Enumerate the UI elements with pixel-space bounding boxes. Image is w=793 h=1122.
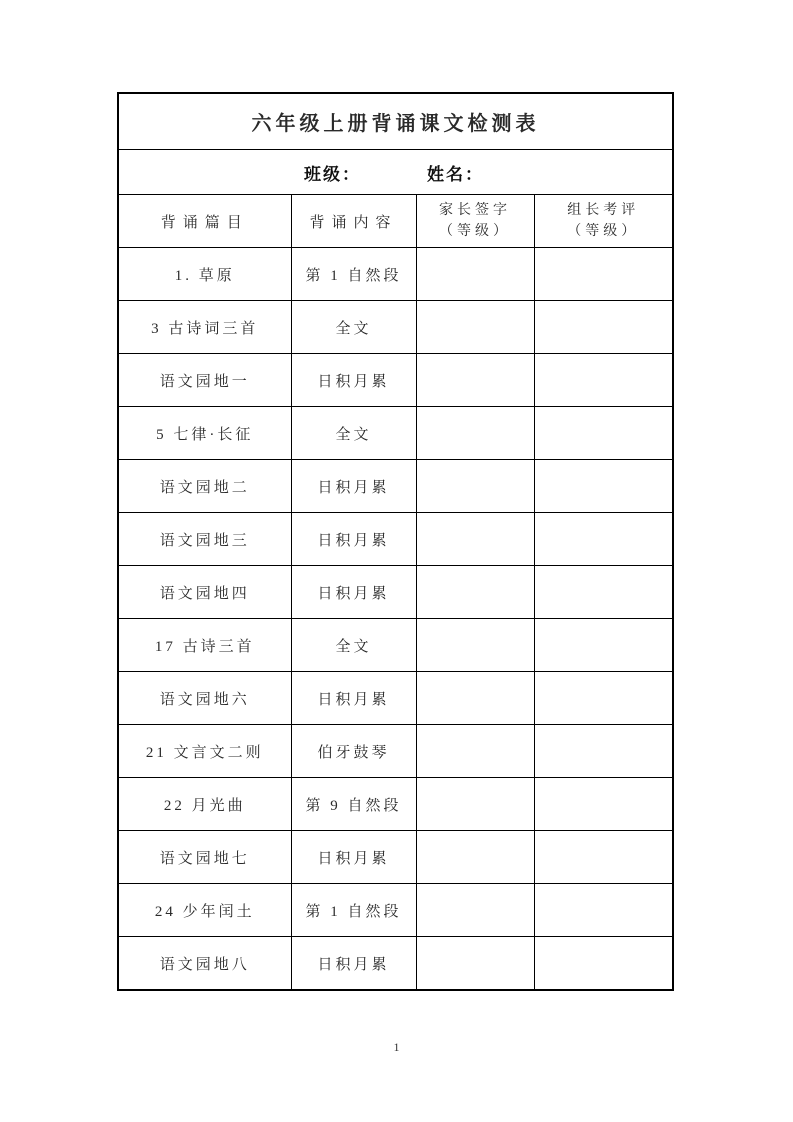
- piece-cell: 语文园地六: [118, 672, 291, 725]
- content-cell: 日积月累: [291, 672, 416, 725]
- table-row: 1. 草原 第 1 自然段: [118, 248, 673, 301]
- content-cell: 第 1 自然段: [291, 248, 416, 301]
- recitation-check-table: 六年级上册背诵课文检测表 班级： 姓名： 背诵篇目 背诵内容 家长签字 （等级）: [117, 92, 674, 991]
- piece-cell: 语文园地三: [118, 513, 291, 566]
- table-row: 语文园地七 日积月累: [118, 831, 673, 884]
- piece-cell: 5 七律·长征: [118, 407, 291, 460]
- table-row: 21 文言文二则 伯牙鼓琴: [118, 725, 673, 778]
- piece-cell: 21 文言文二则: [118, 725, 291, 778]
- parent-signature-cell: [416, 725, 534, 778]
- header-parent-line1: 家长签字: [417, 200, 534, 221]
- leader-eval-cell: [534, 566, 673, 619]
- leader-eval-cell: [534, 672, 673, 725]
- content-cell: 日积月累: [291, 460, 416, 513]
- content-cell: 全文: [291, 301, 416, 354]
- document-page: 六年级上册背诵课文检测表 班级： 姓名： 背诵篇目 背诵内容 家长签字 （等级）: [0, 0, 793, 1122]
- leader-eval-cell: [534, 301, 673, 354]
- header-leader-eval: 组长考评 （等级）: [534, 195, 673, 248]
- parent-signature-cell: [416, 778, 534, 831]
- piece-cell: 语文园地四: [118, 566, 291, 619]
- parent-signature-cell: [416, 460, 534, 513]
- table-row: 24 少年闰土 第 1 自然段: [118, 884, 673, 937]
- header-content: 背诵内容: [291, 195, 416, 248]
- parent-signature-cell: [416, 248, 534, 301]
- parent-signature-cell: [416, 407, 534, 460]
- parent-signature-cell: [416, 884, 534, 937]
- content-cell: 日积月累: [291, 513, 416, 566]
- header-parent-line2: （等级）: [417, 221, 534, 242]
- leader-eval-cell: [534, 248, 673, 301]
- class-name-cell: 班级： 姓名：: [118, 150, 673, 195]
- table-row: 语文园地三 日积月累: [118, 513, 673, 566]
- table-title: 六年级上册背诵课文检测表: [118, 93, 673, 150]
- piece-cell: 语文园地七: [118, 831, 291, 884]
- header-parent-signature: 家长签字 （等级）: [416, 195, 534, 248]
- content-cell: 日积月累: [291, 566, 416, 619]
- leader-eval-cell: [534, 407, 673, 460]
- piece-cell: 语文园地一: [118, 354, 291, 407]
- parent-signature-cell: [416, 513, 534, 566]
- content-cell: 日积月累: [291, 354, 416, 407]
- title-row: 六年级上册背诵课文检测表: [118, 93, 673, 150]
- table-row: 3 古诗词三首 全文: [118, 301, 673, 354]
- class-label: 班级：: [304, 160, 361, 185]
- content-cell: 全文: [291, 619, 416, 672]
- parent-signature-cell: [416, 566, 534, 619]
- table-row: 语文园地六 日积月累: [118, 672, 673, 725]
- leader-eval-cell: [534, 513, 673, 566]
- leader-eval-cell: [534, 725, 673, 778]
- content-cell: 伯牙鼓琴: [291, 725, 416, 778]
- parent-signature-cell: [416, 937, 534, 991]
- piece-cell: 1. 草原: [118, 248, 291, 301]
- piece-cell: 语文园地二: [118, 460, 291, 513]
- parent-signature-cell: [416, 354, 534, 407]
- leader-eval-cell: [534, 831, 673, 884]
- header-leader-line2: （等级）: [535, 221, 673, 242]
- leader-eval-cell: [534, 884, 673, 937]
- content-cell: 日积月累: [291, 937, 416, 991]
- info-row: 班级： 姓名：: [118, 150, 673, 195]
- page-number: 1: [0, 1040, 793, 1055]
- table-row: 语文园地四 日积月累: [118, 566, 673, 619]
- header-row: 背诵篇目 背诵内容 家长签字 （等级） 组长考评 （等级）: [118, 195, 673, 248]
- leader-eval-cell: [534, 778, 673, 831]
- content-cell: 全文: [291, 407, 416, 460]
- piece-cell: 17 古诗三首: [118, 619, 291, 672]
- content-cell: 日积月累: [291, 831, 416, 884]
- table-row: 17 古诗三首 全文: [118, 619, 673, 672]
- parent-signature-cell: [416, 619, 534, 672]
- parent-signature-cell: [416, 672, 534, 725]
- leader-eval-cell: [534, 619, 673, 672]
- header-leader-line1: 组长考评: [535, 200, 673, 221]
- table-row: 语文园地八 日积月累: [118, 937, 673, 991]
- parent-signature-cell: [416, 301, 534, 354]
- leader-eval-cell: [534, 354, 673, 407]
- content-cell: 第 1 自然段: [291, 884, 416, 937]
- piece-cell: 语文园地八: [118, 937, 291, 991]
- piece-cell: 3 古诗词三首: [118, 301, 291, 354]
- leader-eval-cell: [534, 460, 673, 513]
- table-row: 语文园地二 日积月累: [118, 460, 673, 513]
- header-piece: 背诵篇目: [118, 195, 291, 248]
- piece-cell: 24 少年闰土: [118, 884, 291, 937]
- table-row: 5 七律·长征 全文: [118, 407, 673, 460]
- table-row: 22 月光曲 第 9 自然段: [118, 778, 673, 831]
- name-label: 姓名：: [427, 160, 484, 185]
- parent-signature-cell: [416, 831, 534, 884]
- piece-cell: 22 月光曲: [118, 778, 291, 831]
- leader-eval-cell: [534, 937, 673, 991]
- table-row: 语文园地一 日积月累: [118, 354, 673, 407]
- content-cell: 第 9 自然段: [291, 778, 416, 831]
